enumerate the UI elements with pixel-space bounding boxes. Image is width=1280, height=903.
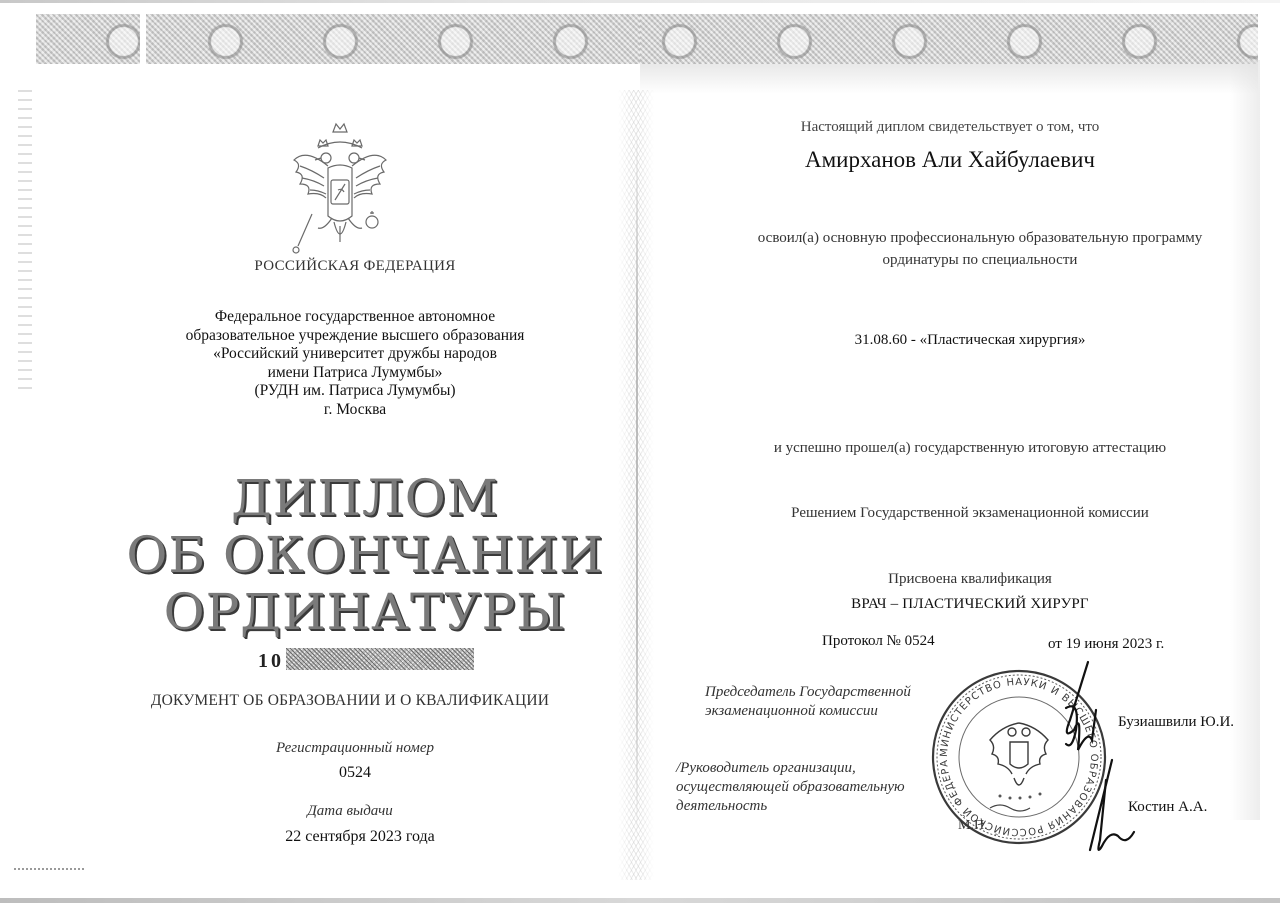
commission-text: Решением Государственной экзаменационной…: [720, 505, 1220, 522]
registration-number: 0524: [220, 764, 490, 782]
russian-eagle-emblem-icon: [288, 118, 392, 258]
institution-line: Федеральное государственное автономное: [150, 308, 560, 327]
institution-line: «Российский университет дружбы народов: [150, 345, 560, 364]
qualification: ВРАЧ – ПЛАСТИЧЕСКИЙ ХИРУРГ: [760, 596, 1180, 613]
issue-date: 22 сентября 2023 года: [250, 828, 470, 846]
institution-line: имени Патриса Лумумбы»: [150, 364, 560, 383]
commission-chair-label: Председатель Государственной экзаменацио…: [705, 683, 945, 721]
serial-number: 10: [258, 648, 474, 673]
diploma-title: ДИПЛОМ ОБ ОКОНЧАНИИ ОРДИНАТУРЫ: [100, 470, 630, 641]
ornamental-band: [36, 14, 140, 64]
handwritten-signature-icon: [1030, 660, 1140, 860]
specialty: 31.08.60 - «Пластическая хирургия»: [760, 332, 1180, 349]
graduate-name: Амирханов Али Хайбулаевич: [760, 147, 1140, 173]
institution-line: образовательное учреждение высшего образ…: [150, 327, 560, 346]
serial-prefix: 10: [258, 650, 284, 672]
ornamental-band: [640, 14, 1258, 64]
page-edge-shadow: [1230, 60, 1260, 820]
qualification-label: Присвоена квалификация: [760, 571, 1180, 588]
title-line: ОБ ОКОНЧАНИИ: [100, 527, 630, 584]
title-line: ОРДИНАТУРЫ: [100, 584, 630, 641]
program-description: освоил(а) основную профессиональную обра…: [720, 227, 1240, 271]
scan-edge-bottom: [0, 898, 1280, 903]
institution-name: Федеральное государственное автономное о…: [150, 308, 560, 419]
center-fold-line: [636, 120, 638, 840]
document-type: ДОКУМЕНТ ОБ ОБРАЗОВАНИИ И О КВАЛИФИКАЦИИ: [120, 692, 580, 710]
protocol-number: Протокол № 0524: [822, 633, 935, 650]
label-line: экзаменационной комиссии: [705, 702, 945, 721]
certification-intro: Настоящий диплом свидетельствует о том, …: [760, 119, 1140, 136]
country-name: РОССИЙСКАЯ ФЕДЕРАЦИЯ: [180, 258, 530, 275]
program-line: освоил(а) основную профессиональную обра…: [720, 227, 1240, 249]
ornamental-band: [146, 14, 640, 64]
title-line: ДИПЛОМ: [100, 470, 630, 527]
attestation-text: и успешно прошел(а) государственную итог…: [720, 440, 1220, 457]
institution-city: г. Москва: [150, 401, 560, 420]
issue-date-label: Дата выдачи: [250, 803, 450, 820]
commission-chair-name: Бузиашвили Ю.И.: [1118, 714, 1234, 731]
institution-line: (РУДН им. Патриса Лумумбы): [150, 382, 560, 401]
page-edge-texture: [18, 90, 32, 390]
stamp-place-label: М.П.: [958, 818, 988, 834]
serial-redaction-mask: [286, 648, 474, 670]
organization-head-name: Костин А.А.: [1128, 799, 1207, 816]
scan-edge-top: [0, 0, 1280, 3]
label-line: Председатель Государственной: [705, 683, 945, 702]
band-shadow: [640, 64, 1258, 94]
program-line: ординатуры по специальности: [720, 249, 1240, 271]
protocol-date: от 19 июня 2023 г.: [1048, 636, 1164, 653]
registration-label: Регистрационный номер: [220, 740, 490, 757]
footer-print-mark: [14, 868, 84, 870]
